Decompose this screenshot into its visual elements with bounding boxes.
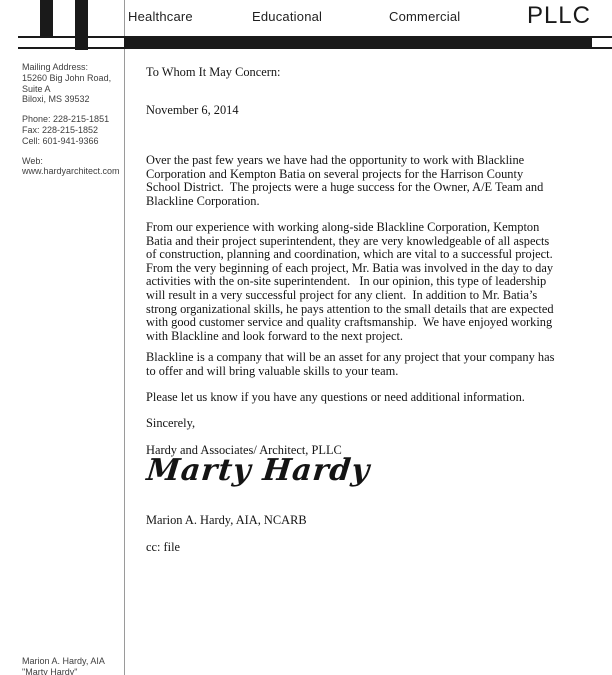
- signer-name: Marion A. Hardy, AIA, NCARB: [146, 514, 307, 528]
- footer-signer-nickname: "Marty Hardy": [22, 667, 132, 675]
- band-left-bottom-line: [18, 47, 124, 49]
- web-block: Web: www.hardyarchitect.com: [22, 156, 122, 178]
- phone-block: Phone: 228-215-1851 Fax: 228-215-1852 Ce…: [22, 114, 122, 146]
- contact-sidebar: Mailing Address: 15260 Big John Road, Su…: [22, 62, 122, 186]
- mailing-address-suite: Suite A: [22, 84, 122, 95]
- paragraph-2: From our experience with working along-s…: [146, 221, 554, 343]
- salutation: To Whom It May Concern:: [146, 66, 281, 80]
- cell-line: Cell: 601-941-9366: [22, 136, 122, 147]
- letter-date: November 6, 2014: [146, 104, 239, 118]
- paragraph-1: Over the past few years we have had the …: [146, 154, 543, 208]
- letterhead-page: Healthcare Educational Commercial PLLC M…: [0, 0, 612, 675]
- sidebar-divider-line: [124, 0, 125, 675]
- web-label: Web:: [22, 156, 122, 167]
- mailing-address-label: Mailing Address:: [22, 62, 122, 73]
- phone-line: Phone: 228-215-1851: [22, 114, 122, 125]
- nav-item-educational: Educational: [252, 9, 322, 24]
- mailing-address-city: Biloxi, MS 39532: [22, 94, 122, 105]
- band-right-notch: [592, 38, 612, 47]
- mailing-address-block: Mailing Address: 15260 Big John Road, Su…: [22, 62, 122, 105]
- logo-bar-icon: [75, 0, 88, 50]
- mailing-address-street: 15260 Big John Road,: [22, 73, 122, 84]
- band-left-top-line: [18, 36, 124, 38]
- closing-request: Please let us know if you have any quest…: [146, 391, 525, 405]
- fax-line: Fax: 228-215-1852: [22, 125, 122, 136]
- web-url: www.hardyarchitect.com: [22, 166, 122, 177]
- cc-line: cc: file: [146, 541, 180, 555]
- logo-bar-icon: [40, 0, 53, 37]
- sincerely-line: Sincerely,: [146, 417, 195, 431]
- nav-item-commercial: Commercial: [389, 9, 460, 24]
- brand-pllc: PLLC: [527, 2, 591, 30]
- header-black-band: [124, 36, 612, 49]
- nav-item-healthcare: Healthcare: [128, 9, 193, 24]
- paragraph-3: Blackline is a company that will be an a…: [146, 351, 554, 378]
- footer-signer-name: Marion A. Hardy, AIA: [22, 656, 132, 667]
- sidebar-footer: Marion A. Hardy, AIA "Marty Hardy": [22, 656, 132, 675]
- handwritten-signature: Marty Hardy: [146, 464, 371, 478]
